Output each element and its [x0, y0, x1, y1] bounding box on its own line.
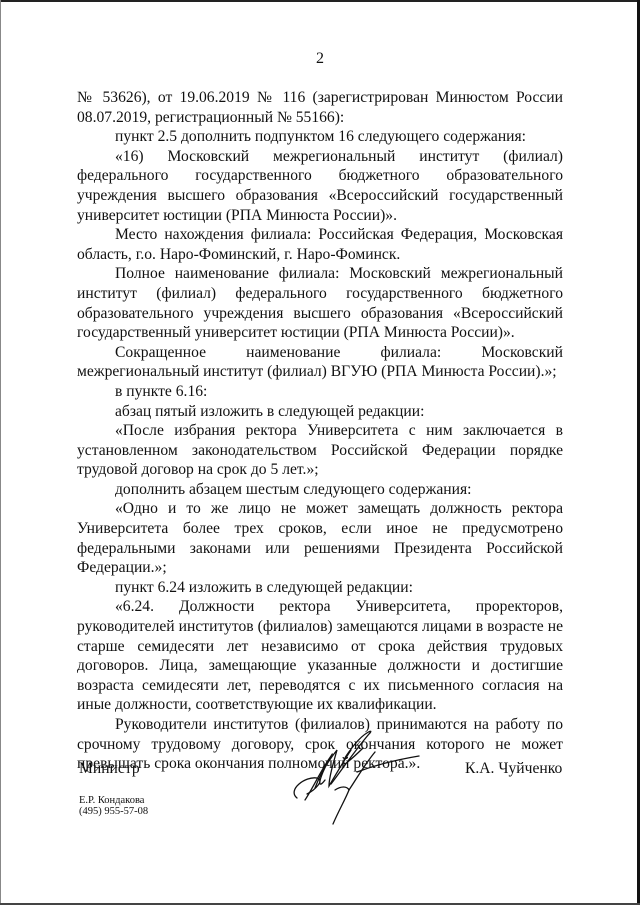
executor-info: Е.Р. Кондакова (495) 955-57-08	[79, 795, 148, 817]
paragraph-continuation: № 53626), от 19.06.2019 № 116 (зарегистр…	[77, 88, 563, 127]
signatory-title: Министр	[79, 760, 140, 778]
paragraph-branch-location: Место нахождения филиала: Российская Фед…	[77, 225, 563, 264]
paragraph-short-name: Сокращенное наименование филиала: Москов…	[77, 343, 563, 382]
paragraph-fifth-abzac: абзац пятый изложить в следующей редакци…	[77, 402, 563, 422]
paragraph-subpoint-16: «16) Московский межрегиональный институт…	[77, 147, 563, 225]
document-body: № 53626), от 19.06.2019 № 116 (зарегистр…	[77, 88, 563, 774]
paragraph-amend-2-5: пункт 2.5 дополнить подпунктом 16 следую…	[77, 127, 563, 147]
paragraph-add-sixth: дополнить абзацем шестым следующего соде…	[77, 480, 563, 500]
scan-border-top	[0, 0, 640, 2]
paragraph-point-6-24: пункт 6.24 изложить в следующей редакции…	[77, 578, 563, 598]
executor-phone: (495) 955-57-08	[79, 806, 148, 817]
executor-name: Е.Р. Кондакова	[79, 795, 148, 806]
paragraph-term-limit: «Одно и то же лицо не может замещать дол…	[77, 499, 563, 577]
handwritten-signature-icon	[285, 728, 420, 828]
scan-border-left	[0, 0, 1, 905]
paragraph-rector-contract: «После избрания ректора Университета с н…	[77, 421, 563, 480]
paragraph-6-24-text: «6.24. Должности ректора Университета, п…	[77, 597, 563, 715]
page-number: 2	[0, 50, 640, 68]
signatory-name: К.А. Чуйченко	[465, 760, 562, 778]
paragraph-full-name: Полное наименование филиала: Московский …	[77, 264, 563, 342]
paragraph-point-6-16: в пункте 6.16:	[77, 382, 563, 402]
